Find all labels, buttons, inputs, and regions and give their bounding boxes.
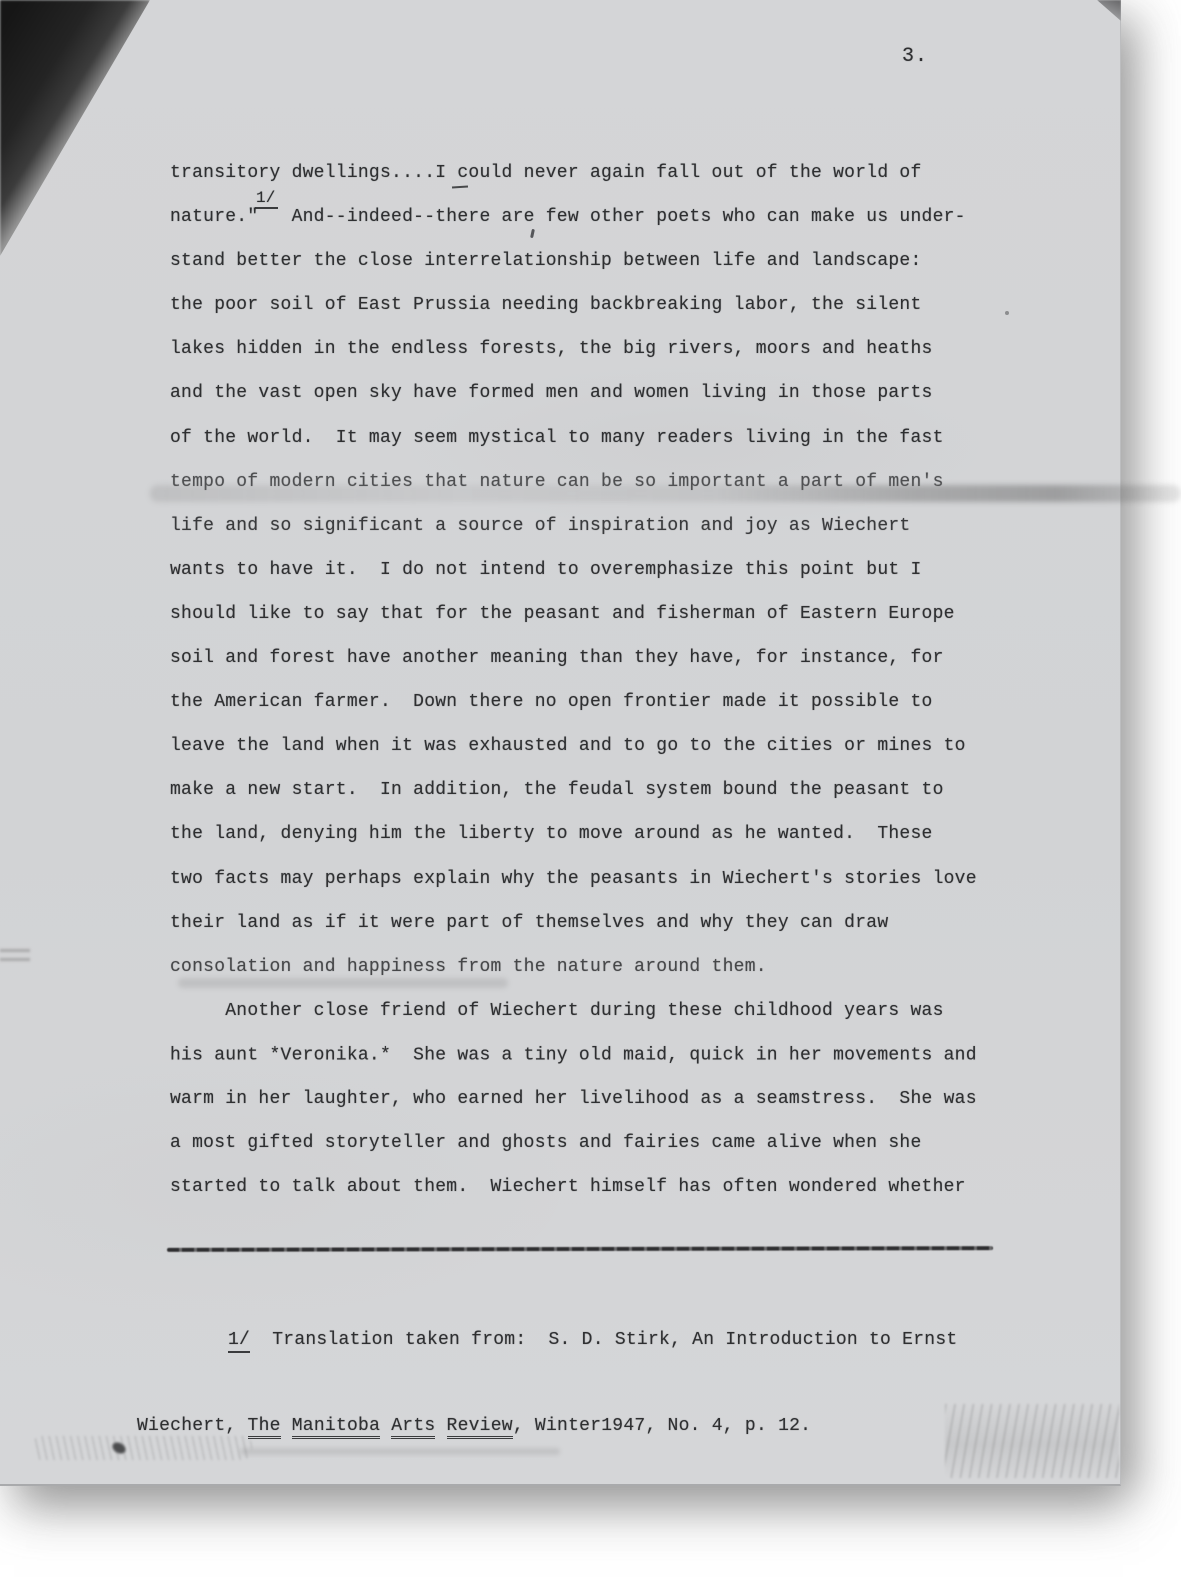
footnote-divider-line <box>167 1246 993 1252</box>
pencil-smudge <box>32 1436 252 1460</box>
body-text: transitory dwellings....I could never ag… <box>170 151 1130 1209</box>
text-line: and the vast open sky have formed men an… <box>170 371 1130 415</box>
text-line: leave the land when it was exhausted and… <box>170 724 1130 768</box>
text-line: their land as if it were part of themsel… <box>170 901 1130 945</box>
footnote-line-1: 1/ Translation taken from: S. D. Stirk, … <box>137 1326 1037 1355</box>
text-line: the land, denying him the liberty to mov… <box>170 812 1130 856</box>
pencil-smudge <box>240 1448 560 1455</box>
text-line: the poor soil of East Prussia needing ba… <box>170 283 1130 327</box>
footnote-text <box>380 1416 391 1436</box>
text-line: started to talk about them. Wiechert him… <box>170 1165 1130 1209</box>
scanned-document: 3. 1/ transitory dwellings....I could ne… <box>0 0 1181 1594</box>
footnote-text <box>435 1416 446 1436</box>
text-line: make a new start. In addition, the feuda… <box>170 768 1130 812</box>
text-line: of the world. It may seem mystical to ma… <box>170 416 1130 460</box>
footnote-text: Wiechert, <box>137 1416 248 1436</box>
scan-corner-artifact-topleft <box>0 0 150 256</box>
scan-speck <box>1005 311 1009 315</box>
footnote-text <box>281 1416 292 1436</box>
text-line: two facts may perhaps explain why the pe… <box>170 857 1130 901</box>
underlined-title-word: Review <box>447 1416 513 1439</box>
underlined-title-word: Arts <box>391 1416 435 1439</box>
page-number: 3. <box>902 45 928 68</box>
text-line: should like to say that for the peasant … <box>170 592 1130 636</box>
underlined-title-word: The <box>248 1416 281 1439</box>
text-line: the American farmer. Down there no open … <box>170 680 1130 724</box>
text-line: stand better the close interrelationship… <box>170 239 1130 283</box>
scan-corner-fold-topright <box>1097 0 1121 21</box>
footnote-text: , Winter1947, No. 4, p. 12. <box>513 1416 811 1436</box>
text-line: lakes hidden in the endless forests, the… <box>170 327 1130 371</box>
text-line: transitory dwellings....I could never ag… <box>170 151 1130 195</box>
footnote-marker: 1/ <box>228 1330 250 1353</box>
text-line: soil and forest have another meaning tha… <box>170 636 1130 680</box>
text-line: nature." And--indeed--there are few othe… <box>170 195 1130 239</box>
smudge-artifact <box>178 978 508 988</box>
underlined-title-word: Manitoba <box>292 1416 380 1439</box>
text-line: a most gifted storyteller and ghosts and… <box>170 1121 1130 1165</box>
text-line: Another close friend of Wiechert during … <box>170 989 1130 1033</box>
text-line: warm in her laughter, who earned her liv… <box>170 1077 1130 1121</box>
text-line: wants to have it. I do not intend to ove… <box>170 548 1130 592</box>
footnote-text: Translation taken from: S. D. Stirk, An … <box>250 1330 957 1350</box>
pencil-smudge <box>945 1404 1119 1478</box>
footnote-line-2: Wiechert, The Manitoba Arts Review, Wint… <box>137 1412 1037 1441</box>
smudge-artifact <box>150 485 1181 502</box>
footnote: 1/ Translation taken from: S. D. Stirk, … <box>137 1269 1037 1497</box>
text-line: his aunt *Veronika.* She was a tiny old … <box>170 1033 1130 1077</box>
document-page: 3. 1/ transitory dwellings....I could ne… <box>0 0 1121 1486</box>
text-line: life and so significant a source of insp… <box>170 504 1130 548</box>
smudge-artifact <box>0 949 30 965</box>
